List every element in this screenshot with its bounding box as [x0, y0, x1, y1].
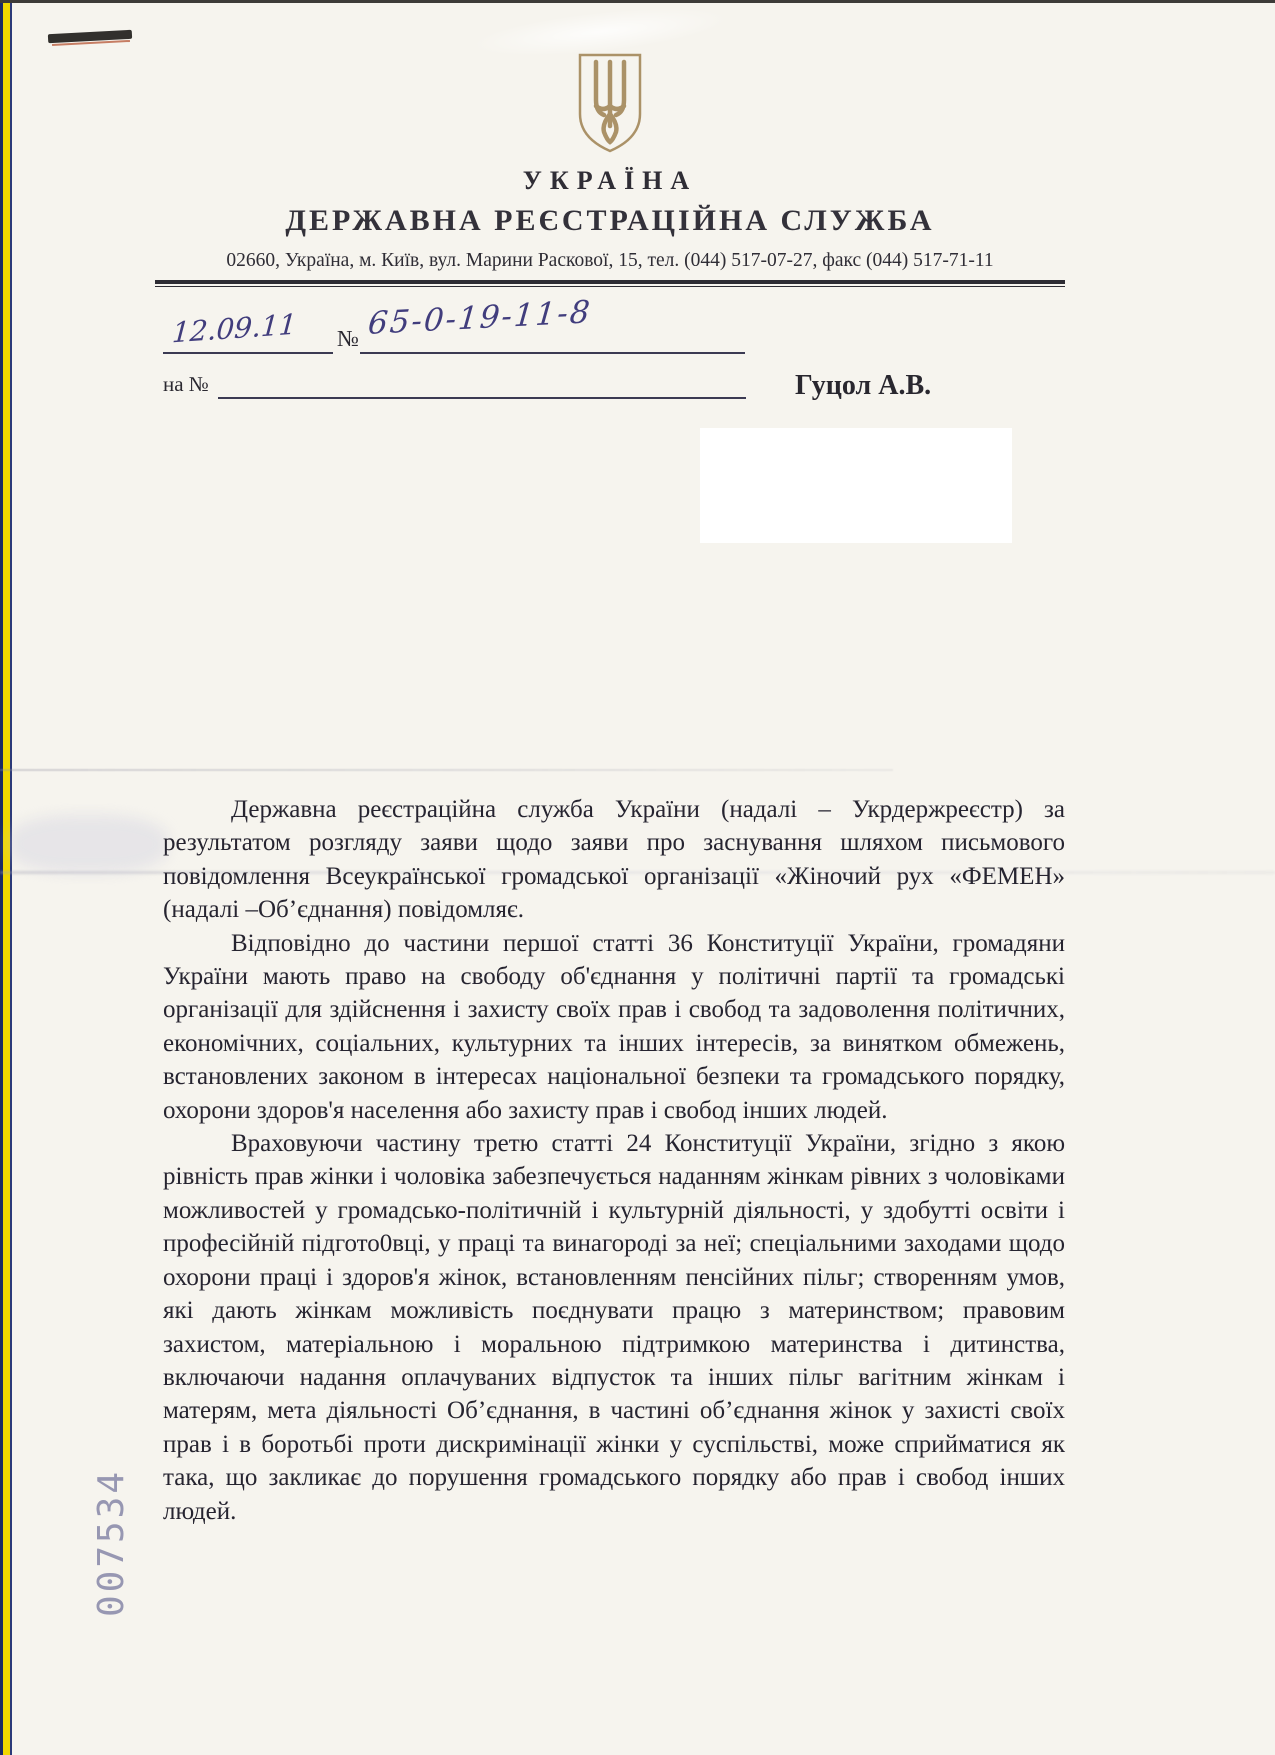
- outgoing-number-label: №: [337, 326, 359, 352]
- paper-fold-crease-upper: [0, 769, 893, 771]
- paper-smudge-left: [8, 815, 168, 873]
- handwritten-date: 12.09.11: [171, 308, 298, 350]
- scan-left-edge-yellow-strip: [3, 0, 10, 1755]
- addressee-name: Гуцол А.В.: [795, 370, 931, 402]
- organization-address: 02660, Україна, м. Київ, вул. Марини Рас…: [155, 250, 1065, 272]
- redacted-address-box: [700, 428, 1012, 543]
- country-name: УКРАЇНА: [155, 166, 1065, 196]
- date-underline: [163, 352, 333, 354]
- body-paragraph-2: Відповідно до частини першої статті 36 К…: [163, 927, 1065, 1127]
- ukraine-trident-emblem-icon: [571, 50, 649, 156]
- letter-body: Державна реєстраційна служба України (на…: [163, 793, 1065, 1528]
- reply-to-number-underline: [218, 397, 746, 399]
- body-paragraph-1: Державна реєстраційна служба України (на…: [163, 793, 1065, 927]
- letterhead: УКРАЇНА ДЕРЖАВНА РЕЄСТРАЦІЙНА СЛУЖБА 026…: [155, 50, 1065, 287]
- scan-left-edge-navy-inner: [10, 0, 12, 1755]
- reply-to-number-label: на №: [163, 372, 209, 397]
- scan-top-edge-line: [0, 0, 1275, 3]
- outgoing-number-underline: [360, 352, 745, 354]
- handwritten-outgoing-number: 65-0-19-11-8: [367, 294, 594, 342]
- scanned-letter-page: УКРАЇНА ДЕРЖАВНА РЕЄСТРАЦІЙНА СЛУЖБА 026…: [0, 0, 1275, 1755]
- body-paragraph-3: Враховуючи частину третю статті 24 Конст…: [163, 1127, 1065, 1528]
- letterhead-rule-thin: [155, 286, 1065, 287]
- registration-stamp-number: 007534: [91, 1457, 131, 1629]
- organization-name: ДЕРЖАВНА РЕЄСТРАЦІЙНА СЛУЖБА: [155, 204, 1065, 238]
- letterhead-rule-thick: [155, 280, 1065, 284]
